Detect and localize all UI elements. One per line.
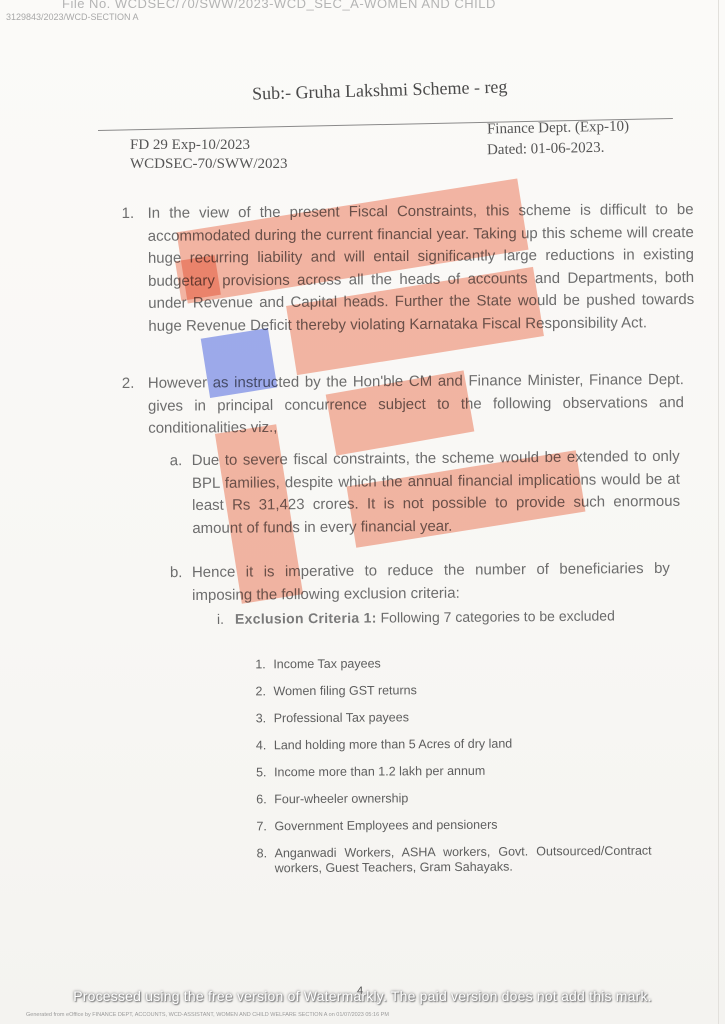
item-number: 8. bbox=[257, 846, 268, 861]
page-edge bbox=[718, 0, 719, 1024]
item-number: 1. bbox=[255, 657, 266, 672]
highlight-shape bbox=[175, 255, 221, 301]
item-text: Government Employees and pensioners bbox=[274, 817, 651, 835]
file-number: File No. WCDSEC/70/SWW/2023-WCD_SEC_A-WO… bbox=[62, 0, 496, 11]
criteria-text: Following 7 categories to be excluded bbox=[381, 607, 615, 625]
reference-file: WCDSEC-70/SWW/2023 bbox=[130, 156, 288, 173]
list-item: 7.Government Employees and pensioners bbox=[256, 817, 651, 847]
item-number: 2. bbox=[255, 684, 266, 699]
list-item: 1.Income Tax payees bbox=[255, 655, 650, 685]
item-text: Professional Tax payees bbox=[274, 709, 651, 727]
item-number: 7. bbox=[256, 819, 267, 834]
list-item: 6.Four-wheeler ownership bbox=[256, 790, 651, 820]
item-number: 3. bbox=[256, 711, 267, 726]
watermark-text: Processed using the free version of Wate… bbox=[0, 988, 725, 1004]
criteria-roman: i. bbox=[217, 610, 224, 629]
subject-line: Sub:- Gruha Lakshmi Scheme - reg bbox=[252, 76, 508, 104]
exclusion-criteria: i. Exclusion Criteria 1: Following 7 cat… bbox=[217, 606, 665, 629]
highlight-shape-blue bbox=[201, 328, 278, 398]
file-section: 3129843/2023/WCD-SECTION A bbox=[6, 12, 139, 22]
item-text: Anganwadi Workers, ASHA workers, Govt. O… bbox=[275, 844, 652, 877]
point-number: 1. bbox=[122, 203, 135, 226]
item-text: Four-wheeler ownership bbox=[274, 790, 651, 808]
list-item: 3.Professional Tax payees bbox=[256, 709, 651, 739]
sub-point-letter: a. bbox=[170, 450, 183, 473]
date: Dated: 01-06-2023. bbox=[487, 140, 605, 159]
item-text: Women filing GST returns bbox=[273, 682, 650, 700]
footer-note: Generated from eOffice by FINANCE DEPT, … bbox=[26, 1012, 389, 1018]
document-page: File No. WCDSEC/70/SWW/2023-WCD_SEC_A-WO… bbox=[0, 0, 725, 1024]
sub-point-letter: b. bbox=[170, 562, 183, 585]
list-item: 4.Land holding more than 5 Acres of dry … bbox=[256, 736, 651, 766]
list-item: 2.Women filing GST returns bbox=[255, 682, 650, 712]
criteria-heading: Exclusion Criteria 1: bbox=[235, 610, 377, 627]
item-text: Land holding more than 5 Acres of dry la… bbox=[274, 736, 651, 754]
item-text: Income Tax payees bbox=[273, 655, 650, 673]
reference-number: FD 29 Exp-10/2023 bbox=[130, 137, 250, 154]
point-number: 2. bbox=[122, 373, 135, 396]
department: Finance Dept. (Exp-10) bbox=[487, 119, 629, 139]
item-text: Income more than 1.2 lakh per annum bbox=[274, 763, 651, 781]
list-item: 8.Anganwadi Workers, ASHA workers, Govt.… bbox=[257, 844, 652, 877]
item-number: 5. bbox=[256, 765, 267, 780]
item-number: 4. bbox=[256, 738, 267, 753]
item-number: 6. bbox=[256, 792, 267, 807]
list-item: 5.Income more than 1.2 lakh per annum bbox=[256, 763, 651, 793]
exclusion-list: 1.Income Tax payees 2.Women filing GST r… bbox=[255, 655, 652, 877]
